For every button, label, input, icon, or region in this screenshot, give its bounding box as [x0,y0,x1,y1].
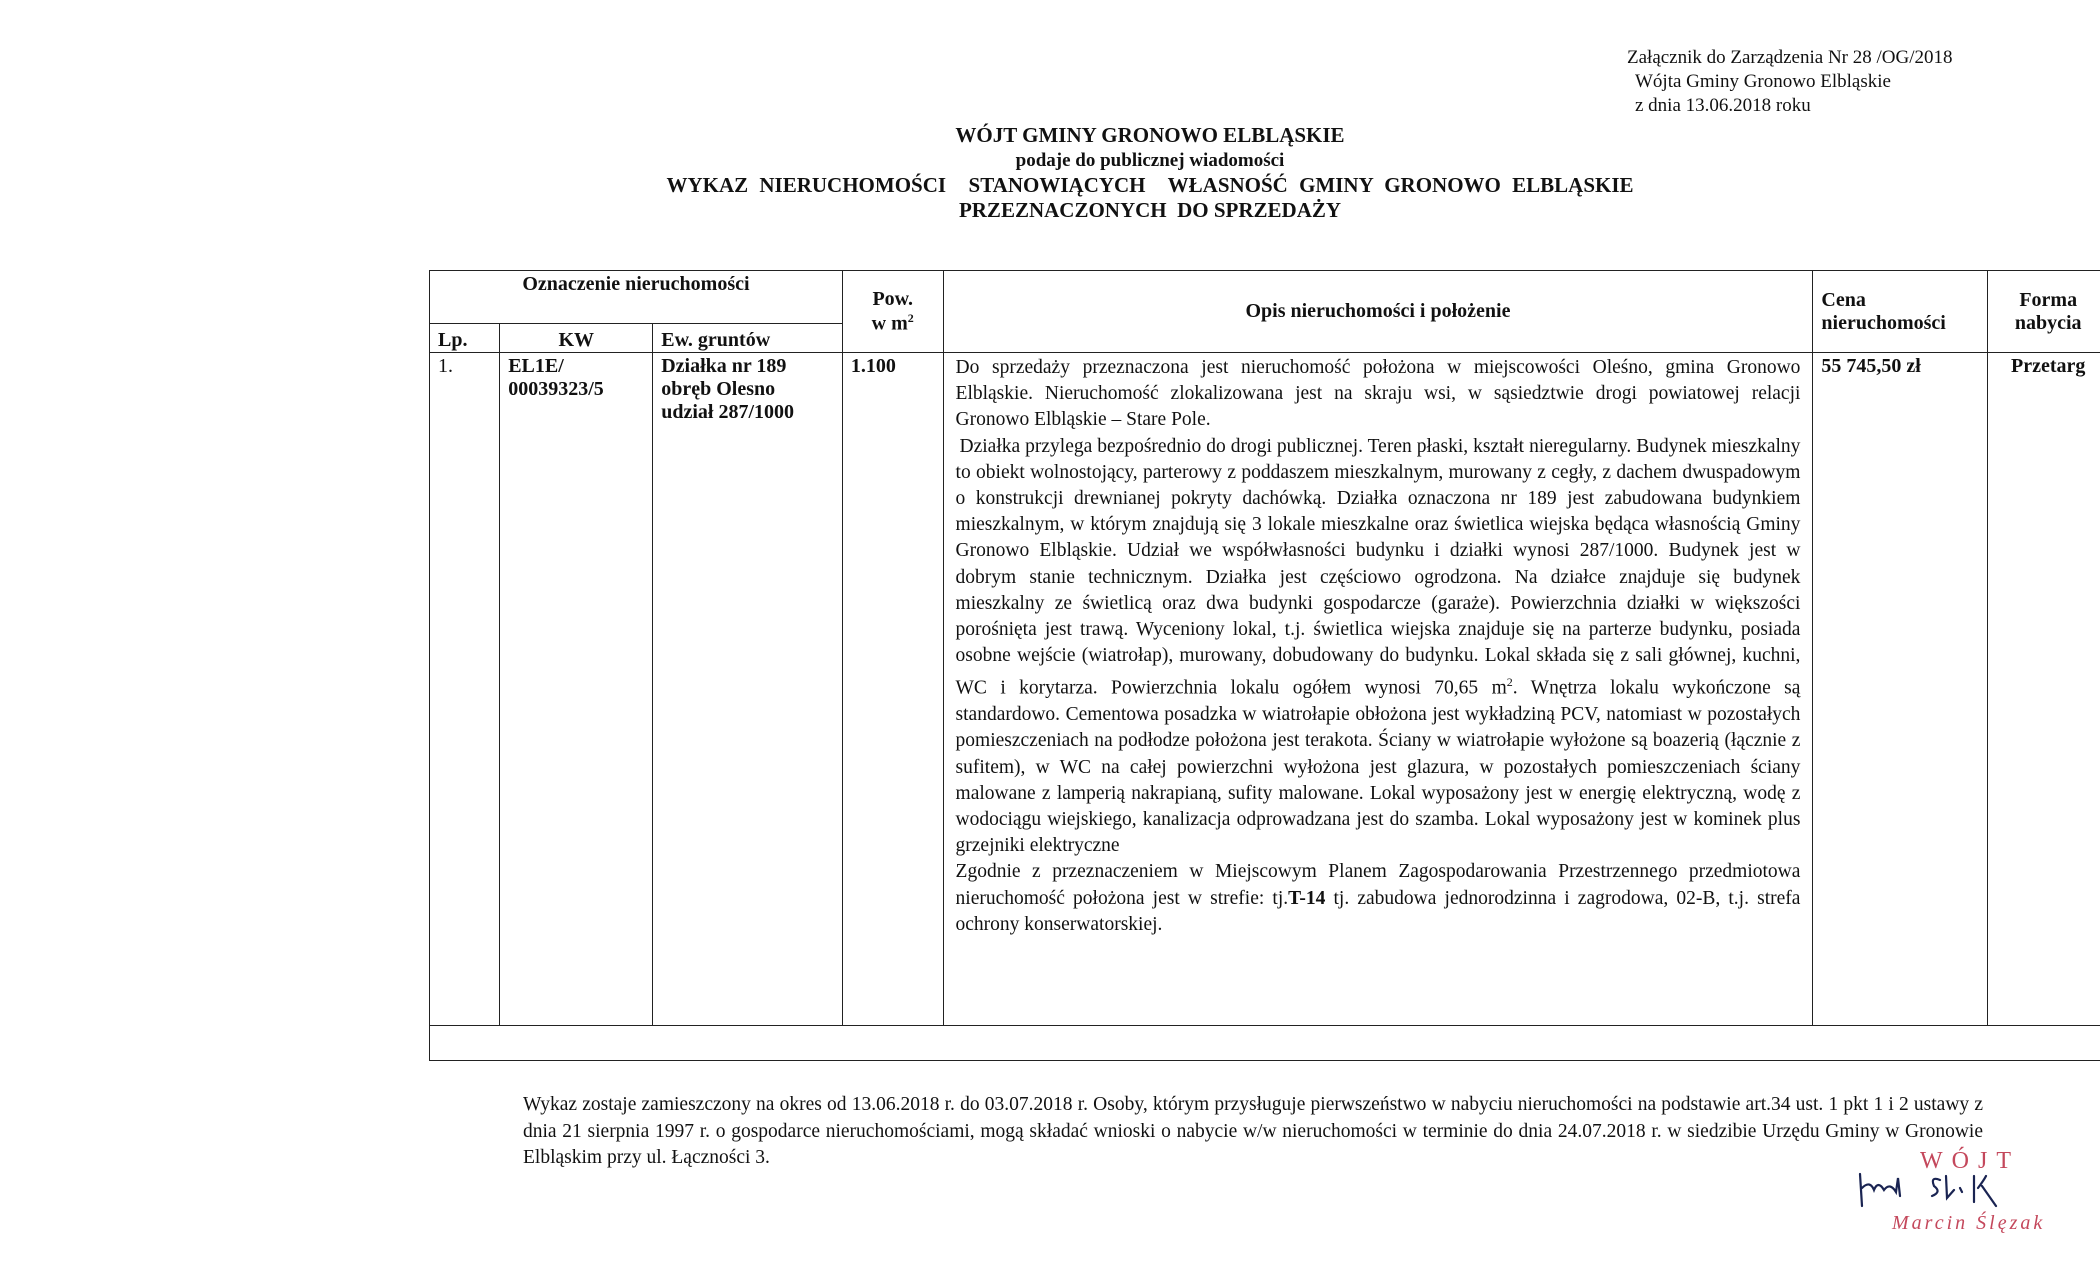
header-forma: Forma nabycia [1988,271,2100,353]
kw-line1: EL1E/ [508,355,564,377]
header-cena-line1: Cena [1821,289,1865,311]
signature-icon [1850,1166,2050,1216]
cell-ew: Działka nr 189 obręb Olesno udział 287/1… [653,353,843,1026]
table-row: 1. EL1E/ 00039323/5 Działka nr 189 obręb… [430,353,2100,1026]
ew-line3: udział 287/1000 [661,401,794,423]
cell-lp: 1. [430,353,500,1026]
header-forma-line1: Forma [2019,289,2077,311]
main-title-2: PRZEZNACZONYCH DO SPRZEDAŻY [600,198,1700,223]
main-title: WYKAZ NIERUCHOMOŚCI STANOWIĄCYCH WŁASNOŚ… [600,173,1700,198]
ew-line1: Działka nr 189 [661,355,786,377]
authority-title: WÓJT GMINY GRONOWO ELBLĄSKIE [600,123,1700,148]
cell-forma: Przetarg [1988,353,2100,1026]
opis-p2-part-b: . Wnętrza lokalu wykończone są standardo… [956,678,1801,856]
header-forma-line2: nabycia [2015,312,2082,334]
opis-paragraph-2: Działka przylega bezpośrednio do drogi p… [956,434,1801,860]
annex-line-1: Załącznik do Zarządzenia Nr 28 /OG/2018 [1627,46,1953,70]
header-cena-line2: nieruchomości [1821,312,1945,334]
ew-line2: obręb Olesno [661,378,775,400]
kw-line2: 00039323/5 [508,378,604,400]
opis-paragraph-3: Zgodnie z przeznaczeniem w Miejscowym Pl… [956,859,1801,938]
header-pow-sup: 2 [908,311,914,325]
cell-pow: 1.100 [842,353,943,1026]
document-title: WÓJT GMINY GRONOWO ELBLĄSKIE podaje do p… [600,123,1700,223]
subtitle: podaje do publicznej wiadomości [600,148,1700,173]
annex-line-2: Wójta Gminy Gronowo Elbląskie [1627,70,1953,94]
header-cena: Cena nieruchomości [1813,271,1988,353]
footer-notice: Wykaz zostaje zamieszczony na okres od 1… [523,1092,1983,1172]
blank-row [430,1026,2100,1061]
cell-kw: EL1E/ 00039323/5 [500,353,653,1026]
blank-cell [430,1026,2100,1061]
opis-zone-code: T-14 [1288,888,1325,909]
header-opis: Opis nieruchomości i położenie [943,271,1813,353]
header-pow-line1: Pow. [872,288,913,310]
property-table: Oznaczenie nieruchomości Pow. w m2 Opis … [429,270,2100,1061]
annex-line-3: z dnia 13.06.2018 roku [1627,94,1953,118]
header-row-1: Oznaczenie nieruchomości Pow. w m2 Opis … [430,271,2100,324]
header-oznaczenie: Oznaczenie nieruchomości [430,271,843,324]
header-ew: Ew. gruntów [653,324,843,353]
header-lp: Lp. [430,324,500,353]
cell-opis: Do sprzedaży przeznaczona jest nieruchom… [943,353,1813,1026]
opis-paragraph-1: Do sprzedaży przeznaczona jest nieruchom… [956,355,1801,434]
annex-header: Załącznik do Zarządzenia Nr 28 /OG/2018 … [1627,46,1953,118]
signature-stamp: WÓJT Marcin Ślęzak [1850,1148,2090,1258]
header-pow: Pow. w m2 [842,271,943,353]
opis-p2-part-a: Działka przylega bezpośrednio do drogi p… [956,436,1801,699]
stamp-name: Marcin Ślęzak [1892,1212,2045,1235]
cell-cena: 55 745,50 zł [1813,353,1988,1026]
header-pow-line2: w m [872,312,908,334]
header-kw: KW [500,324,653,353]
